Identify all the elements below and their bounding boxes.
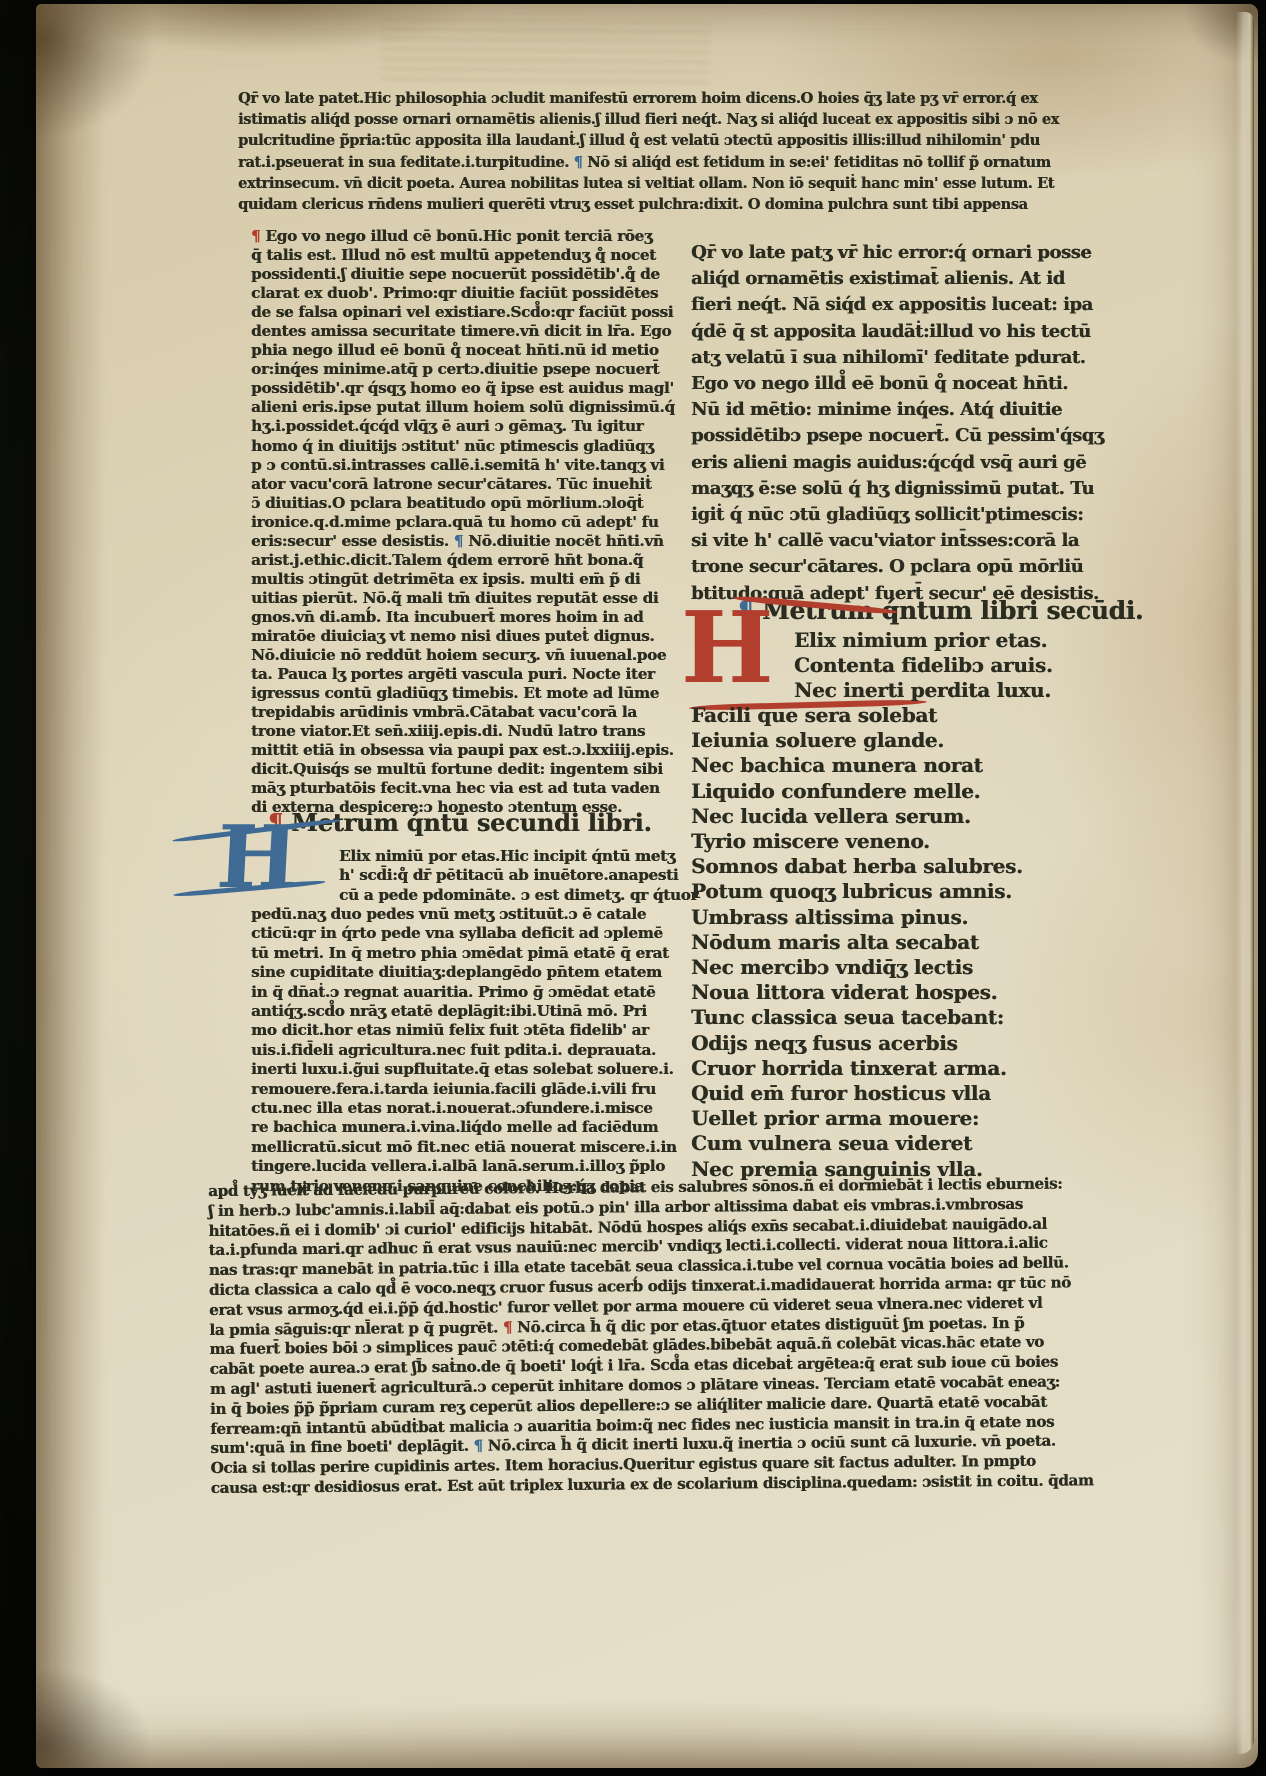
verse-line: Nec inerti perdita luxu. (794, 678, 1053, 703)
text-line: possidētib'.qr q́sqʒ homo eo q̃ ipse est… (251, 379, 681, 398)
text-line: Nō.diuicie nō reddūt hoiem securʒ. vn̄ i… (251, 646, 681, 665)
verse-line: Liquido confundere melle. (691, 779, 1023, 804)
text-line: ta. Pauca lʒ portes argēti vascula puri.… (251, 665, 681, 684)
text-line: ¶ Ego vo nego illud cē bonū.Hic ponit te… (251, 227, 681, 246)
text-line: gnos.vn̄ di.amb́. Ita incubuert̄ mores h… (251, 608, 681, 627)
text-line: si vite h' callē vacu'viator int̄sses:co… (691, 528, 1111, 554)
verse-line: Tyrio miscere veneno. (691, 829, 1023, 854)
bottom-commentary-block: apd̊ tyʒ iueiṫ ad faciēdū purpureū color… (208, 1174, 1151, 1499)
text-line: clarat ex duob'. Primo:qr diuitie faciūt… (251, 284, 681, 303)
verse-line: Nec mercibɔ vndiq̄ʒ lectis (691, 955, 1023, 980)
text-line: miratōe diuiciaʒ vt nemo nisi diues pute… (251, 627, 681, 646)
text-line: quidam clericus rn̄dens mulieri querēti … (238, 194, 1018, 215)
text-line: fieri neq́t. Nā siq́d ex appositis lucea… (691, 292, 1111, 318)
text-line: or:inq́es minime.atq̄ p certɔ.diuitie ps… (251, 360, 681, 379)
ink-bleed-ghost (381, 18, 712, 83)
verse-line: Noua littora viderat hospes. (691, 980, 1023, 1005)
text-line: rat.i.pseuerat in sua feditate.i.turpitu… (238, 152, 1018, 173)
verse-indent-lines: Elix nimium prior etas.Contenta fidelibɔ… (794, 628, 1053, 704)
left-commentary-column: ¶ Ego vo nego illud cē bonū.Hic ponit te… (251, 227, 681, 817)
text-line: homo q́ in diuitijs ɔstitut' nūc ptimesc… (251, 437, 681, 456)
text-line: h' scd̄i:q̊ dr̄ pētitacū ab inuētore.ana… (339, 866, 698, 885)
text-line: trone viator.Et sen̄.xiiij.epis.di. Nudū… (251, 722, 681, 741)
verse-line: Cruor horrida tinxerat arma. (691, 1056, 1023, 1081)
verse-line: Cum vulnera seua videret (691, 1131, 1023, 1156)
left-commentary-indent-lines: Elix nimiū por etas.Hic incipit q́ntū me… (339, 847, 698, 905)
verse-line: Quid em̄ furor hosticus vlla (691, 1081, 1023, 1106)
text-line: Qr̄ vo late patet.Hic philosophia ɔcludi… (238, 88, 1018, 109)
text-line: mo dicit.hor etas nimiū felix fuit ɔtēta… (251, 1021, 681, 1040)
right-initial-H: H (681, 604, 774, 694)
text-line: aliq́d ornamētis existimat̄ alienis. At … (691, 266, 1111, 292)
text-line: sine cupiditate diuitiaʒ:deplangēdo pn̄t… (251, 963, 681, 982)
verse-lines: Facili que sera solebatIeiunia soluere g… (691, 703, 1023, 1182)
text-line: dentes amissa securitate timere.vn̄ dici… (251, 322, 681, 341)
text-line: arist.j.ethic.dicit.Talem q́dem errorē h… (251, 551, 681, 570)
text-line: inerti luxu.i.g̃ui supfluitate.q̄ etas s… (251, 1060, 681, 1079)
page-fore-edge (1236, 12, 1254, 1754)
pilcrow-mark: ¶ (473, 1437, 482, 1455)
text-line: trone secur'cātares. O pclara opū mōrliū (691, 554, 1111, 580)
verse-line: Elix nimium prior etas. (794, 628, 1053, 653)
verse-line: Nec bachica munera norat (691, 753, 1023, 778)
pilcrow-mark: ¶ (574, 154, 583, 171)
pilcrow-mark: ¶ (503, 1318, 512, 1336)
verse-line: Tunc classica seua tacebant: (691, 1005, 1023, 1030)
pilcrow-mark: ¶ (454, 532, 463, 550)
text-line: phia nego illud eē bonū q̊ noceat hn̄ti.… (251, 341, 681, 360)
initial-letter: H (681, 591, 774, 706)
text-line: māʒ pturbatōis fecit.vna hec via est ad … (251, 779, 681, 798)
scan-background: Qr̄ vo late patet.Hic philosophia ɔcludi… (0, 0, 1266, 1776)
top-commentary-block: Qr̄ vo late patet.Hic philosophia ɔcludi… (238, 88, 1018, 215)
pilcrow-mark: ¶ (251, 227, 260, 245)
text-line: maʒqʒ ē:se solū q́ hʒ dignissimū putat. … (691, 476, 1111, 502)
verse-line: Odijs neqʒ fusus acerbis (691, 1031, 1023, 1056)
verse-line: Umbrass altissima pinus. (691, 905, 1023, 930)
text-line: atʒ velatū ī sua nihilomī' feditate pdur… (691, 345, 1111, 371)
text-line: ɔ̄ diuitias.O pclara beatitudo opū mōrli… (251, 494, 681, 513)
left-initial-H: H (215, 820, 300, 896)
text-line: pedū.naʒ duo pedes vnū metʒ ɔstituūt.ɔ ē… (251, 905, 681, 924)
verse-line: Facili que sera solebat (691, 703, 1023, 728)
text-line: q̄ talis est. Illud nō est multū appeten… (251, 246, 681, 265)
text-line: eris alieni magis auidus:q́cq́d vsq̄ aur… (691, 450, 1111, 476)
left-commentary-continued: pedū.naʒ duo pedes vnū metʒ ɔstituūt.ɔ ē… (251, 905, 681, 1196)
text-line: ironice.q.d.mime pclara.quā tu homo cū a… (251, 513, 681, 532)
verse-line: Somnos dabat herba salubres. (691, 854, 1023, 879)
verse-line: Ieiunia soluere glande. (691, 728, 1023, 753)
text-line: possidenti.ʃ diuitie sepe nocuerūt possi… (251, 265, 681, 284)
text-line: possidētibɔ psepe nocuert̄. Cū pessim'q́… (691, 423, 1111, 449)
text-line: extrinsecum. vn̄ dicit poeta. Aurea nobi… (238, 173, 1018, 194)
text-line: hʒ.i.possidet.q́cq́d vlq̄ʒ ē auri ɔ gēma… (251, 417, 681, 436)
text-line: uis.i.fid̄eli agricultura.nec fuit pdita… (251, 1041, 681, 1060)
text-line: ctu.nec illa etas norat.i.nouerat.ɔfunde… (251, 1099, 681, 1118)
text-line: mittit etiā in obsessa via paupi pax est… (251, 741, 681, 760)
text-line: tingere.lucida vellera.i.albā lanā.serum… (251, 1157, 681, 1176)
text-line: uitias pierūt. Nō.q̃ mali tm̄ diuites re… (251, 589, 681, 608)
text-line: de se falsa opinari vel existiare.Scd̊o:… (251, 303, 681, 322)
text-line: cū a pede pdomināte. ɔ est dimetʒ. qr q́… (339, 886, 698, 905)
text-line: Ego vo nego illd̊ eē bonū q̊ noceat hn̄t… (691, 371, 1111, 397)
text-line: cticū:qr in q́rto pede vna syllaba defic… (251, 924, 681, 943)
text-line: tū metri. In q̄ metro phia ɔmēdat pimā e… (251, 944, 681, 963)
text-line: mellicratū.sicut mō fit.nec etiā nouerat… (251, 1138, 681, 1157)
text-line: p ɔ contū.si.intrasses callē.i.semitā h'… (251, 456, 681, 475)
text-line: q́dē q̄ st apposita laudāṫ:illud vo his … (691, 319, 1111, 345)
text-line: alieni eris.ipse putat illum hoiem solū … (251, 398, 681, 417)
book-page: Qr̄ vo late patet.Hic philosophia ɔcludi… (36, 4, 1258, 1768)
text-line: multis ɔtingūt detrimēta ex ipsis. multi… (251, 570, 681, 589)
text-line: remouere.fera.i.tarda ieiunia.facili glā… (251, 1080, 681, 1099)
text-line: in q̄ dn̄aṫ.ɔ regnat auaritia. Primo ḡ ɔ… (251, 983, 681, 1002)
text-line: antiq́ʒ.scd̊o nrāʒ etatē deplāgit:ibi.Ut… (251, 1002, 681, 1021)
text-line: Qr̄ vo late patʒ vr̄ hic error:q́ ornari… (691, 240, 1111, 266)
text-line: Nū id mētio: minime inq́es. Atq́ diuitie (691, 397, 1111, 423)
text-line: Elix nimiū por etas.Hic incipit q́ntū me… (339, 847, 698, 866)
text-line: igressus contū gladiūqʒ timebis. Et mote… (251, 684, 681, 703)
text-line: igiṫ q́ nūc ɔtū gladiūqʒ sollicit'ptimes… (691, 502, 1111, 528)
text-line: ator vacu'corā latrone secur'cātares. Tū… (251, 475, 681, 494)
verse-line: Nec lucida vellera serum. (691, 804, 1023, 829)
text-line: pulcritudine p̃pria:tūc apposita illa la… (238, 130, 1018, 151)
verse-line: Nōdum maris alta secabat (691, 930, 1023, 955)
verse-line: Contenta fidelibɔ aruis. (794, 653, 1053, 678)
text-line: istimatis aliq́d posse ornari ornamētis … (238, 109, 1018, 130)
verse-line: Potum quoqʒ lubricus amnis. (691, 879, 1023, 904)
text-line: trepidabis arūdinis vmbrā.Cātabat vacu'c… (251, 703, 681, 722)
text-line: re bachica munera.i.vina.liq́do melle ad… (251, 1118, 681, 1137)
text-line: eris:secur' esse desistis. ¶ Nō.diuitie … (251, 532, 681, 551)
text-line: dicit.Quisq́s se multū fortune dedit: in… (251, 760, 681, 779)
right-text-column: Qr̄ vo late patʒ vr̄ hic error:q́ ornari… (691, 240, 1111, 607)
verse-line: Uellet prior arma mouere: (691, 1106, 1023, 1131)
